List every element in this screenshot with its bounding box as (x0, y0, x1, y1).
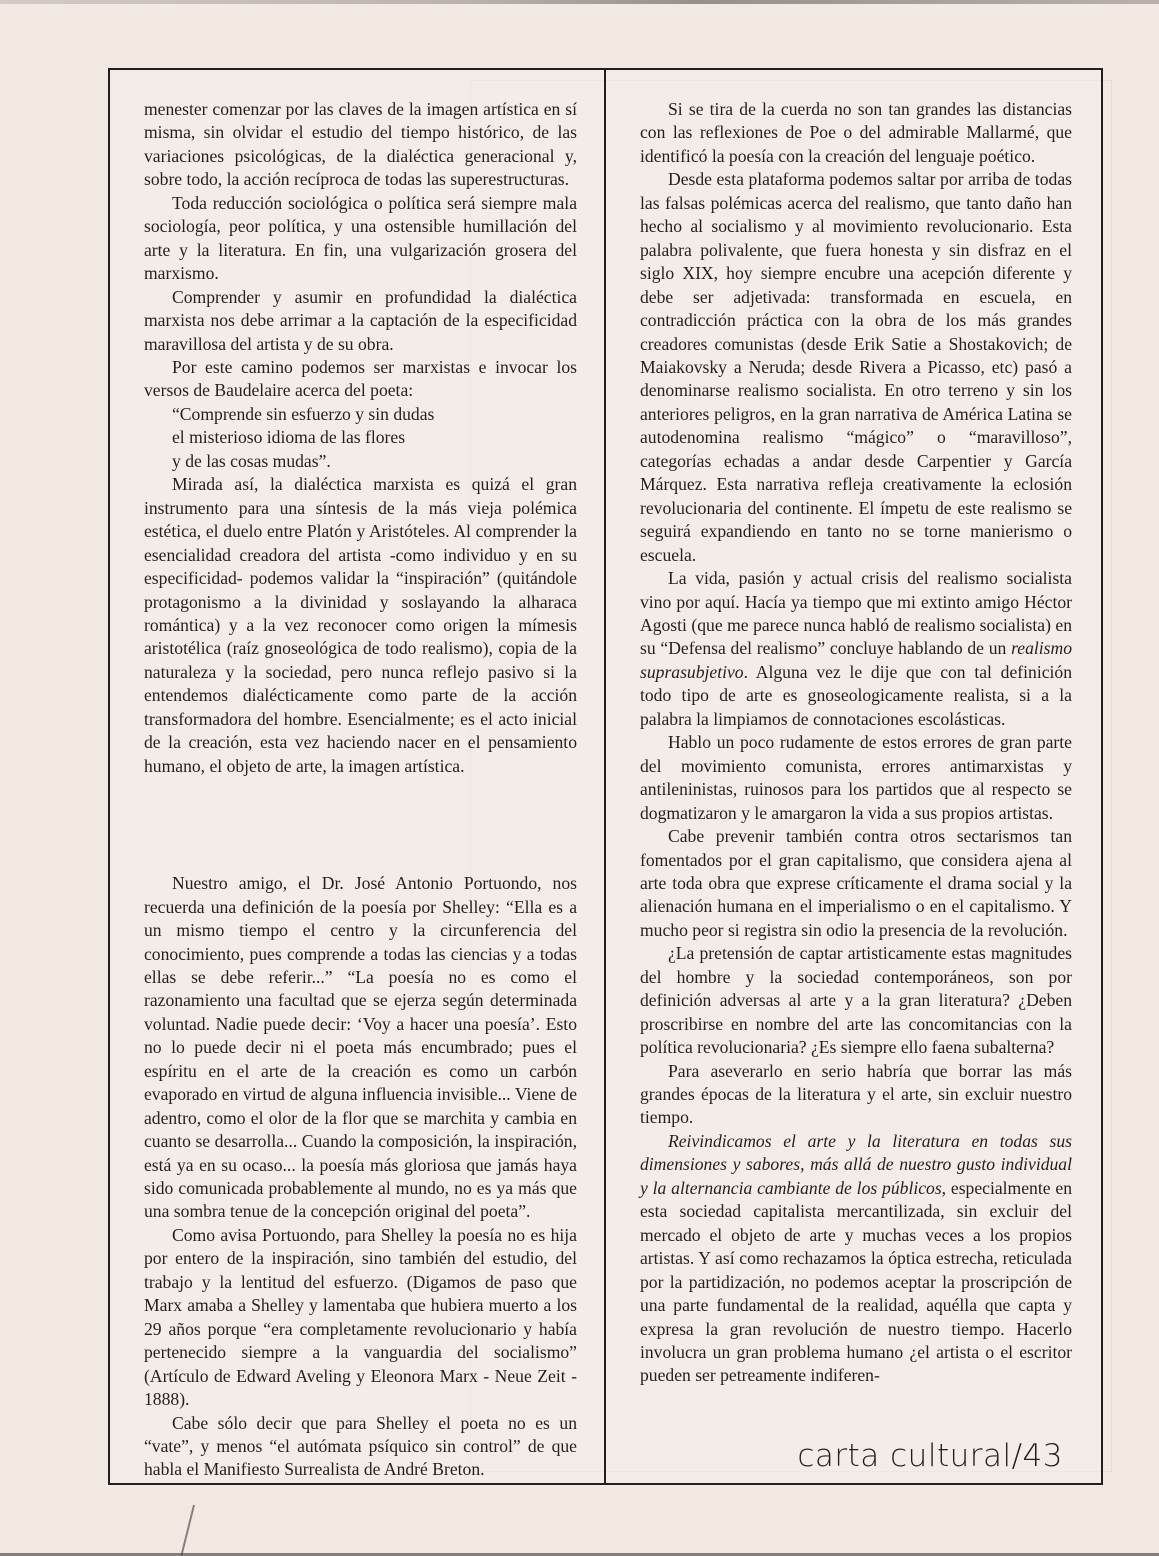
paragraph: Comprender y asumir en profundidad la di… (144, 286, 577, 356)
paragraph: Cabe prevenir también contra otros secta… (640, 825, 1072, 942)
paragraph: ¿La pretensión de captar artisticamente … (640, 942, 1072, 1059)
paragraph: Nuestro amigo, el Dr. José Antonio Portu… (144, 872, 577, 1224)
verse-line: y de las cosas mudas”. (144, 450, 577, 473)
verse-line: “Comprende sin esfuerzo y sin dudas (144, 403, 577, 426)
paragraph: La vida, pasión y actual crisis del real… (640, 567, 1072, 731)
paragraph: Por este camino podemos ser marxistas e … (144, 356, 577, 403)
paragraph: menester comenzar por las claves de la i… (144, 98, 577, 192)
paragraph: Toda reducción sociológica o política se… (144, 192, 577, 286)
right-column: Si se tira de la cuerda no son tan grand… (640, 98, 1072, 1388)
paragraph: Reivindicamos el arte y la literatura en… (640, 1130, 1072, 1388)
section-gap (144, 778, 577, 872)
paragraph: Mirada así, la dialéctica marxista es qu… (144, 473, 577, 778)
article-frame: menester comenzar por las claves de la i… (108, 68, 1103, 1485)
text-run: La vida, pasión y actual crisis del real… (640, 568, 1072, 658)
column-divider (604, 70, 606, 1483)
page-top-edge (0, 0, 1159, 4)
page-footer: carta cultural/43 (797, 1438, 1063, 1474)
paragraph: Desde esta plataforma podemos saltar por… (640, 168, 1072, 567)
paragraph: Si se tira de la cuerda no son tan grand… (640, 98, 1072, 168)
pen-mark (180, 1505, 195, 1556)
paragraph: Hablo un poco rudamente de estos errores… (640, 731, 1072, 825)
text-run: , especialmente en esta sociedad capital… (640, 1178, 1072, 1386)
paragraph: Para aseverarlo en serio habría que borr… (640, 1060, 1072, 1130)
left-column: menester comenzar por las claves de la i… (144, 98, 577, 1482)
paragraph: Cabe sólo decir que para Shelley el poet… (144, 1412, 577, 1482)
paragraph: Como avisa Portuondo, para Shelley la po… (144, 1224, 577, 1412)
verse-line: el misterioso idioma de las flores (144, 426, 577, 449)
